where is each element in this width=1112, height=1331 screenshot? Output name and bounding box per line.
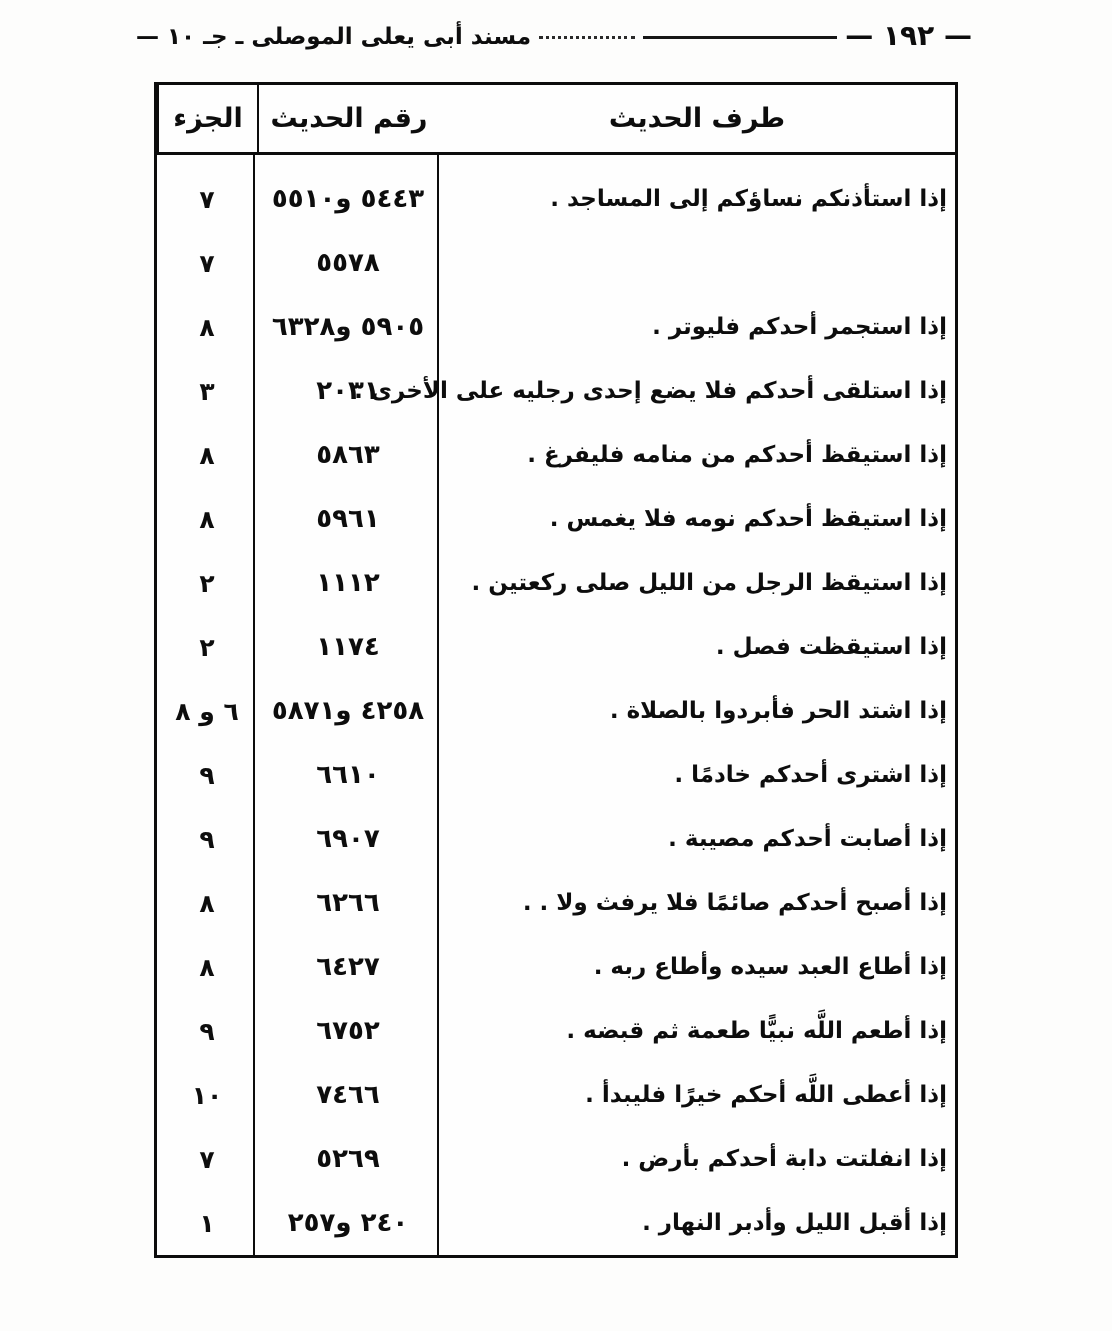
- hadith-number-cell: ٢٤٠ و٢٥٧: [257, 1191, 439, 1255]
- book-page: — ١٩٢ — مسند أبى يعلى الموصلى ـ جـ ١٠ — …: [0, 0, 1112, 1331]
- hadith-number-cell: ١١٧٤: [257, 615, 439, 679]
- volume-cell: ٣: [157, 359, 257, 423]
- hadith-number-cell: ٦٢٦٦: [257, 871, 439, 935]
- table-row: إذا أقبل الليل وأدبر النهار . ٢٤٠ و٢٥٧ ١: [157, 1191, 955, 1255]
- volume-cell: ٧: [157, 1127, 257, 1191]
- table-row: إذا استيقظ أحدكم من منامه فليفرغ . ٥٨٦٣ …: [157, 423, 955, 487]
- volume-cell: ١٠: [157, 1063, 257, 1127]
- hadith-index-table: طرف الحديث رقم الحديث الجزء إذا استأذنكم…: [154, 82, 958, 1258]
- volume-cell: ٨: [157, 487, 257, 551]
- hadith-number-cell: ٧٤٦٦: [257, 1063, 439, 1127]
- hadith-text-cell: إذا انفلتت دابة أحدكم بأرض .: [439, 1127, 955, 1191]
- volume-cell: ٢: [157, 551, 257, 615]
- hadith-number-cell: ٥٩٦١: [257, 487, 439, 551]
- volume-cell: ٦ و ٨: [157, 679, 257, 743]
- hadith-text-cell: إذا أقبل الليل وأدبر النهار .: [439, 1191, 955, 1255]
- table-row: إذا اشترى أحدكم خادمًا . ٦٦١٠ ٩: [157, 743, 955, 807]
- hadith-number-cell: ٥٢٦٩: [257, 1127, 439, 1191]
- volume-cell: ٧: [157, 231, 257, 295]
- table-row: إذا استيقظ الرجل من الليل صلى ركعتين . ١…: [157, 551, 955, 615]
- table-row: إذا استيقظ أحدكم نومه فلا يغمس . ٥٩٦١ ٨: [157, 487, 955, 551]
- column-header-hadith-text: طرف الحديث: [439, 85, 955, 152]
- running-head: — ١٩٢ — مسند أبى يعلى الموصلى ـ جـ ١٠ —: [136, 14, 972, 60]
- table-row: إذا اشتد الحر فأبردوا بالصلاة . ٤٢٥٨ و٥٨…: [157, 679, 955, 743]
- volume-cell: ٨: [157, 295, 257, 359]
- hadith-number-cell: ٥٥٧٨: [257, 231, 439, 295]
- hadith-text-cell: إذا أعطى اللَّه أحكم خيرًا فليبدأ .: [439, 1063, 955, 1127]
- table-row: إذا أعطى اللَّه أحكم خيرًا فليبدأ . ٧٤٦٦…: [157, 1063, 955, 1127]
- table-row: إذا أطعم اللَّه نبيًّا طعمة ثم قبضه . ٦٧…: [157, 999, 955, 1063]
- hadith-text-cell: إذا اشتد الحر فأبردوا بالصلاة .: [439, 679, 955, 743]
- table-row: إذا أصابت أحدكم مصيبة . ٦٩٠٧ ٩: [157, 807, 955, 871]
- column-divider: [437, 155, 439, 1256]
- column-divider: [253, 155, 255, 1256]
- hadith-text-cell: إذا أصابت أحدكم مصيبة .: [439, 807, 955, 871]
- table-row: ٥٥٧٨ ٧: [157, 231, 955, 295]
- hadith-number-cell: ٥٩٠٥ و٦٣٢٨: [257, 295, 439, 359]
- hadith-text-cell: إذا أطاع العبد سيده وأطاع ربه .: [439, 935, 955, 999]
- volume-cell: ٨: [157, 935, 257, 999]
- header-rule-dotted: [539, 36, 635, 39]
- hadith-number-cell: ٦٩٠٧: [257, 807, 439, 871]
- hadith-text-cell: إذا استجمر أحدكم فليوتر .: [439, 295, 955, 359]
- hadith-number-cell: ٥٤٤٣ و٥٥١٠: [257, 167, 439, 231]
- hadith-number-cell: ٦٦١٠: [257, 743, 439, 807]
- hadith-text-cell: إذا أطعم اللَّه نبيًّا طعمة ثم قبضه .: [439, 999, 955, 1063]
- volume-cell: ٨: [157, 871, 257, 935]
- hadith-number-cell: ٥٨٦٣: [257, 423, 439, 487]
- volume-cell: ٢: [157, 615, 257, 679]
- hadith-text-cell: إذا استيقظت فصل .: [439, 615, 955, 679]
- table-body: إذا استأذنكم نساؤكم إلى المساجد . ٥٤٤٣ و…: [157, 155, 955, 1256]
- hadith-number-cell: ١١١٢: [257, 551, 439, 615]
- table-row: إذا استجمر أحدكم فليوتر . ٥٩٠٥ و٦٣٢٨ ٨: [157, 295, 955, 359]
- hadith-text-cell: إذا استأذنكم نساؤكم إلى المساجد .: [439, 167, 955, 231]
- page-number: — ١٩٢ —: [845, 19, 972, 52]
- hadith-text-cell: إذا استيقظ أحدكم نومه فلا يغمس .: [439, 487, 955, 551]
- hadith-number-cell: ٤٢٥٨ و٥٨٧١: [257, 679, 439, 743]
- hadith-number-cell: ٦٤٢٧: [257, 935, 439, 999]
- hadith-text-cell: إذا استلقى أحدكم فلا يضع إحدى رجليه على …: [439, 359, 955, 423]
- hadith-text-cell: إذا أصبح أحدكم صائمًا فلا يرفث ولا . .: [439, 871, 955, 935]
- table-row: إذا استأذنكم نساؤكم إلى المساجد . ٥٤٤٣ و…: [157, 167, 955, 231]
- table-header-row: طرف الحديث رقم الحديث الجزء: [157, 85, 955, 155]
- volume-cell: ٧: [157, 167, 257, 231]
- hadith-number-cell: ٦٧٥٢: [257, 999, 439, 1063]
- volume-cell: ٩: [157, 743, 257, 807]
- column-header-hadith-number: رقم الحديث: [257, 85, 439, 152]
- book-title: مسند أبى يعلى الموصلى ـ جـ ١٠ —: [136, 24, 531, 50]
- hadith-text-cell: إذا استيقظ أحدكم من منامه فليفرغ .: [439, 423, 955, 487]
- hadith-number-cell: ٢٠٣١: [257, 359, 439, 423]
- header-rule: [643, 36, 837, 39]
- table-row: إذا أصبح أحدكم صائمًا فلا يرفث ولا . . ٦…: [157, 871, 955, 935]
- volume-cell: ٨: [157, 423, 257, 487]
- hadith-text-cell: إذا اشترى أحدكم خادمًا .: [439, 743, 955, 807]
- table-row: إذا أطاع العبد سيده وأطاع ربه . ٦٤٢٧ ٨: [157, 935, 955, 999]
- volume-cell: ٩: [157, 999, 257, 1063]
- hadith-text-cell: إذا استيقظ الرجل من الليل صلى ركعتين .: [439, 551, 955, 615]
- table-row: إذا انفلتت دابة أحدكم بأرض . ٥٢٦٩ ٧: [157, 1127, 955, 1191]
- volume-cell: ٩: [157, 807, 257, 871]
- table-row: إذا استلقى أحدكم فلا يضع إحدى رجليه على …: [157, 359, 955, 423]
- column-header-volume: الجزء: [157, 85, 257, 152]
- volume-cell: ١: [157, 1191, 257, 1255]
- hadith-text-cell: [439, 231, 955, 295]
- table-row: إذا استيقظت فصل . ١١٧٤ ٢: [157, 615, 955, 679]
